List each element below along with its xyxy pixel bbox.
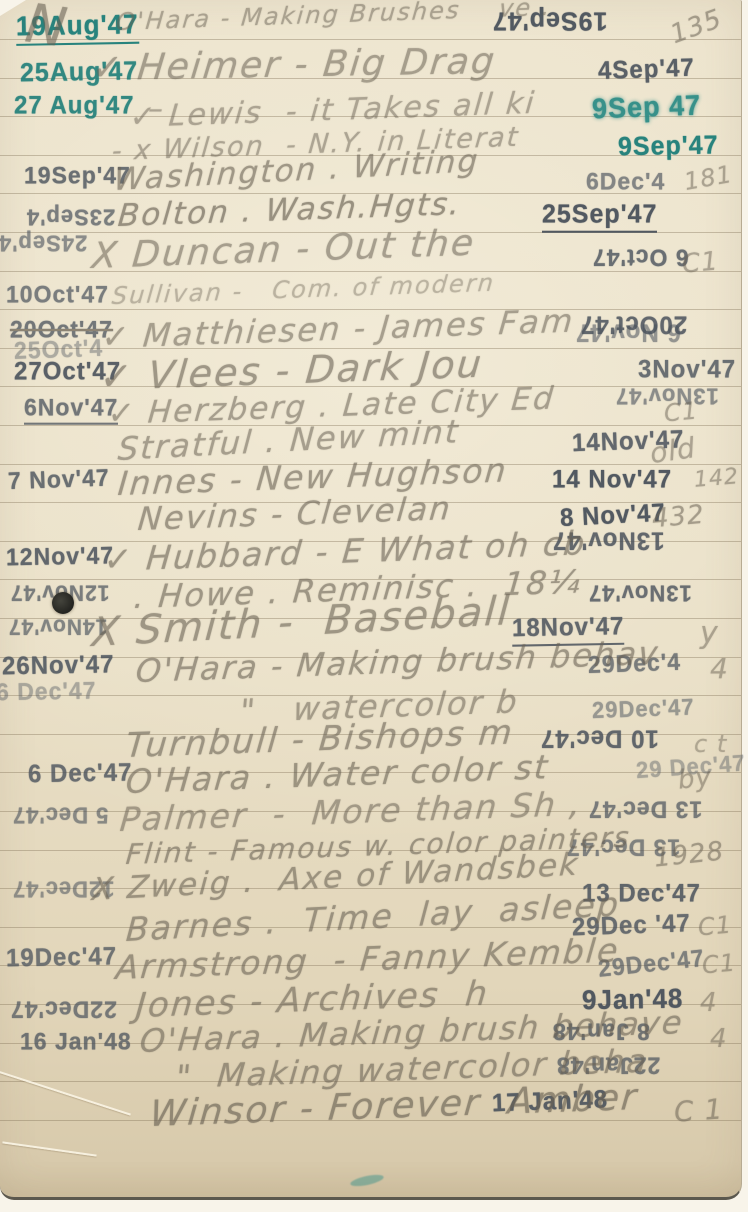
date-stamp: 27 Aug'47 bbox=[14, 91, 135, 120]
date-stamp: 4Sep'47 bbox=[598, 54, 696, 87]
date-stamp: 25Sep'47 bbox=[542, 199, 657, 233]
date-stamp: 22Dec'47 bbox=[10, 995, 117, 1023]
date-stamp: 10 Dec'47 bbox=[540, 723, 659, 752]
pencil-mark: 135 bbox=[666, 4, 726, 50]
date-stamp: 6Dec'4 bbox=[586, 167, 665, 195]
date-stamp: 9Sep 47 bbox=[591, 89, 701, 125]
pencil-mark: old bbox=[648, 431, 698, 470]
pencil-mark: 4 bbox=[710, 1024, 728, 1054]
pencil-mark: c t bbox=[694, 730, 727, 758]
date-stamp: 13 Dec'47 bbox=[588, 795, 702, 823]
handwritten-entry: ✓ Heimer - Big Drag bbox=[90, 41, 498, 89]
pencil-mark: 4 bbox=[710, 652, 729, 685]
date-stamp: 5 Dec'47 bbox=[12, 801, 108, 828]
pencil-mark: N bbox=[22, 0, 72, 60]
scanned-page: { "document": { "type_label": "library-c… bbox=[0, 0, 748, 1212]
date-stamp: 9Sep'47 bbox=[618, 130, 719, 162]
crease bbox=[0, 1070, 131, 1115]
date-stamp: 24Sep'4 bbox=[0, 229, 87, 256]
pencil-mark: C1 bbox=[701, 949, 737, 980]
pencil-mark: C 1 bbox=[673, 1092, 724, 1128]
date-stamp: 6 Dec'47 bbox=[28, 758, 133, 789]
pencil-mark: 1928 bbox=[653, 836, 726, 873]
handwritten-entry: Sullivan - Com. of modern bbox=[111, 269, 497, 310]
pencil-mark: by bbox=[677, 762, 714, 795]
date-stamp: 6 Oct'47 bbox=[592, 243, 689, 271]
date-stamp: 19Dec'47 bbox=[6, 942, 118, 973]
pencil-mark: C1 bbox=[681, 246, 720, 279]
teal-smudge bbox=[349, 1173, 384, 1189]
date-stamp: 23Sep'4 bbox=[26, 203, 115, 230]
date-stamp: 12Nov'47 bbox=[6, 541, 115, 571]
date-stamp: 6 Dec'47 bbox=[0, 676, 97, 706]
date-stamp: 13Nov'47 bbox=[588, 579, 692, 606]
crease bbox=[2, 1141, 96, 1156]
date-stamp: 10Oct'47 bbox=[6, 280, 109, 308]
date-stamp: 3Nov'47 bbox=[638, 355, 736, 384]
pencil-mark: 432 bbox=[651, 500, 706, 534]
punch-hole bbox=[52, 592, 74, 614]
date-stamp: 7 Nov'47 bbox=[8, 464, 111, 496]
pencil-mark: 181 bbox=[682, 160, 735, 196]
pencil-mark: 4 bbox=[700, 988, 718, 1018]
date-stamp: 16 Jan'48 bbox=[20, 1027, 132, 1055]
date-stamp: 6 Nov'47 bbox=[575, 317, 681, 346]
handwritten-entry: O'Hara - Making Brushes ve . bbox=[115, 0, 553, 36]
pencil-mark: – bbox=[148, 92, 164, 127]
library-card: 19Aug'4725Aug'4727 Aug'4719Sep'4723Sep'4… bbox=[0, 0, 742, 1200]
date-stamp: 29Dec'47 bbox=[592, 694, 695, 725]
torn-corner bbox=[0, 0, 26, 16]
pencil-mark: C1 bbox=[697, 911, 733, 942]
pencil-mark: y bbox=[700, 616, 719, 651]
pencil-mark: C1 bbox=[663, 397, 699, 428]
pencil-mark: 142 bbox=[693, 464, 740, 493]
